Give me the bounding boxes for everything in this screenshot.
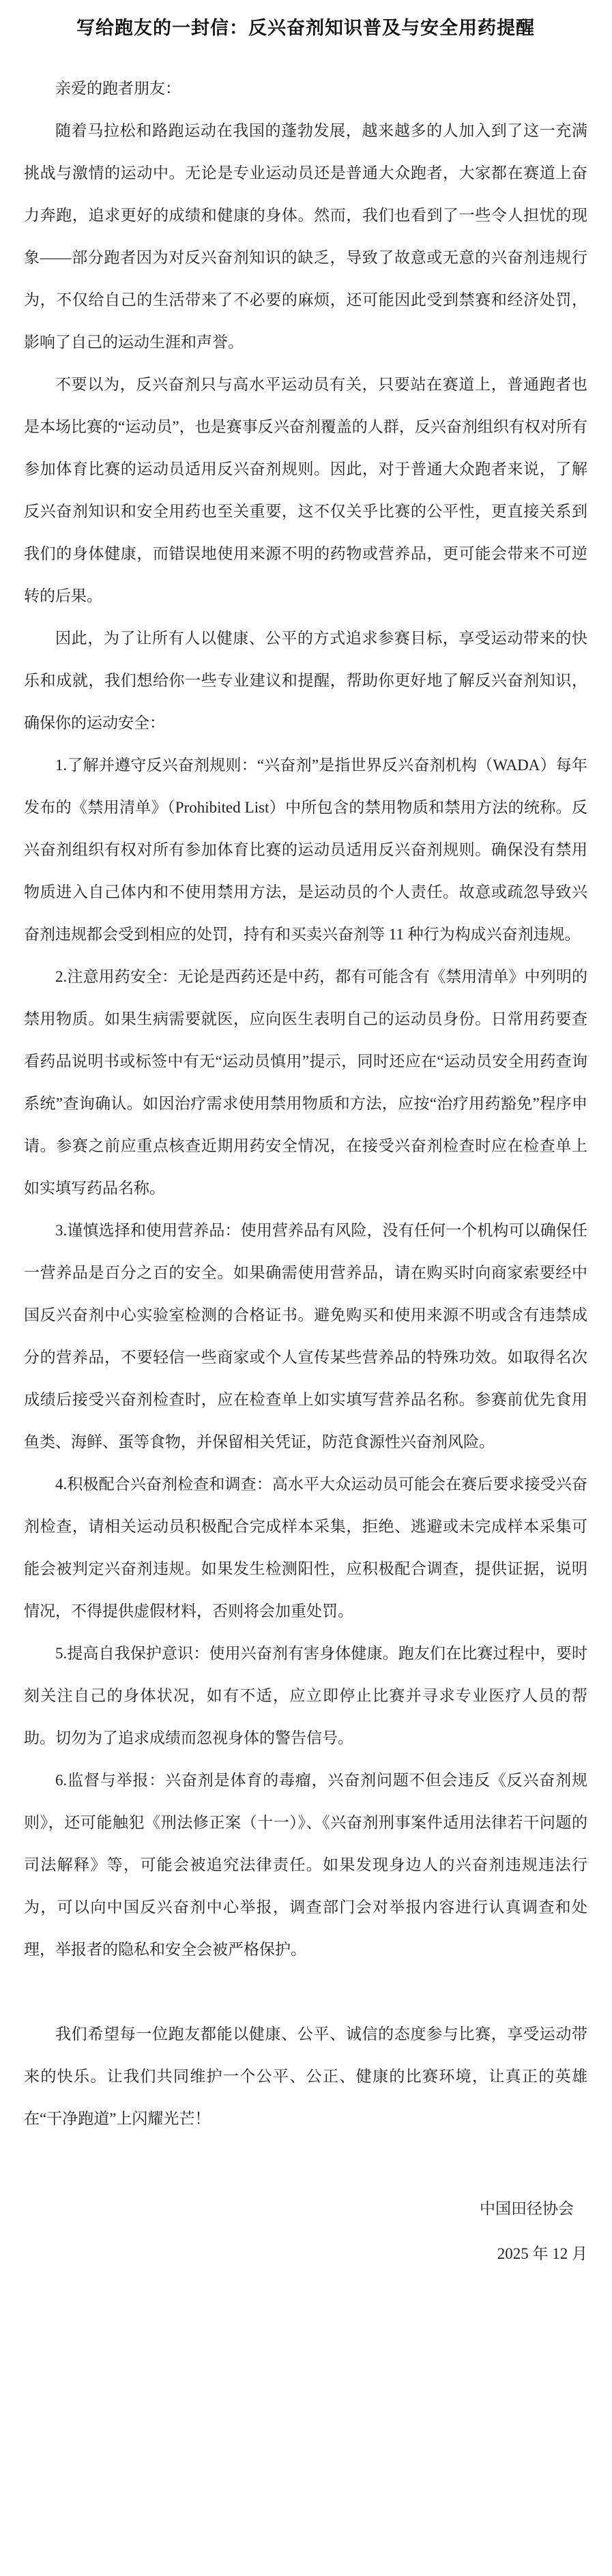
signature-organization: 中国田径协会 [24, 2188, 587, 2230]
closing-paragraph: 我们希望每一位跑友都能以健康、公平、诚信的态度参与比赛，享受运动带来的快乐。让我… [24, 2013, 587, 2140]
advice-item-5: 5.提高自我保护意识：使用兴奋剂有害身体健康。跑友们在比赛过程中，要时刻关注自己… [24, 1633, 587, 1759]
advice-item-3: 3.谨慎选择和使用营养品：使用营养品有风险，没有任何一个机构可以确保任一营养品是… [24, 1210, 587, 1463]
signature-date: 2025 年 12 月 [24, 2233, 587, 2275]
document-title: 写给跑友的一封信：反兴奋剂知识普及与安全用药提醒 [24, 14, 587, 43]
intro-paragraph-1: 随着马拉松和路跑运动在我国的蓬勃发展，越来越多的人加入到了这一充满挑战与激情的运… [24, 110, 587, 364]
intro-paragraph-3: 因此，为了让所有人以健康、公平的方式追求参赛目标，享受运动带来的快乐和成就，我们… [24, 617, 587, 744]
letter-document: 写给跑友的一封信：反兴奋剂知识普及与安全用药提醒 亲爱的跑者朋友： 随着马拉松和… [0, 0, 612, 2576]
advice-item-6: 6.监督与举报：兴奋剂是体育的毒瘤，兴奋剂问题不但会违反《反兴奋剂规则》，还可能… [24, 1759, 587, 1971]
salutation: 亲爱的跑者朋友： [24, 68, 587, 110]
advice-item-2: 2.注意用药安全：无论是西药还是中药，都有可能含有《禁用清单》中列明的禁用物质。… [24, 956, 587, 1210]
advice-item-4: 4.积极配合兴奋剂检查和调查：高水平大众运动员可能会在赛后要求接受兴奋剂检查，请… [24, 1463, 587, 1633]
advice-item-1: 1.了解并遵守反兴奋剂规则：“兴奋剂”是指世界反兴奋剂机构（WADA）每年发布的… [24, 744, 587, 956]
intro-paragraph-2: 不要以为，反兴奋剂只与高水平运动员有关，只要站在赛道上，普通跑者也是本场比赛的“… [24, 364, 587, 617]
